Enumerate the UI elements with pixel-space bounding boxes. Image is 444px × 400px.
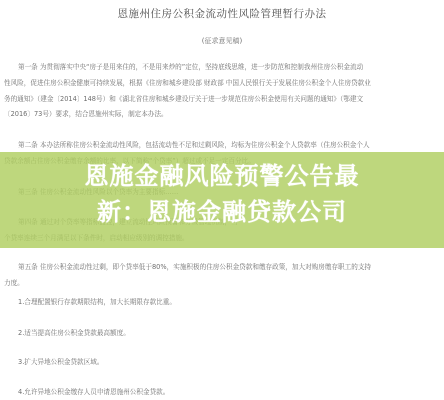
headline-line-2: 新：恩施金融贷款公司 <box>0 194 444 230</box>
list-item-4: 4.允许异地公积金缴存人员申请恩施州公积金贷款。 <box>18 388 169 397</box>
list-item-2: 2.适当提高住房公积金贷款最高额度。 <box>18 329 130 338</box>
list-item-1: 1.合理配置银行存款期限结构，加大长期限存款比重。 <box>18 298 176 307</box>
article-5-line-1: 第五条 住房公积金流动性过剩，即个贷率低于80%，实施积极的住房公积金贷款和缴存… <box>18 263 371 272</box>
document-title: 恩施州住房公积金流动性风险管理暂行办法 <box>0 6 444 21</box>
article-1-line-3: 务的通知》（建金〔2014〕148号）和《湖北省住房和城乡建设厅关于进一步规范住… <box>4 95 363 104</box>
article-5-line-2: 力度。 <box>4 279 24 288</box>
article-1-line-4: 〔2016〕73号）要求，结合恩施州实际，制定本办法。 <box>4 110 168 119</box>
article-1-line-1: 第一条 为贯彻落实中央“房子是用来住的，不是用来炒的”定位，坚持底线思维，进一步… <box>18 63 363 72</box>
article-2-line-1: 第二条 本办法所称住房公积金流动性风险，包括流动性不足和过剩风险，均标为住房公积… <box>18 141 370 150</box>
headline-line-1: 恩施金融风险预警公告最 <box>0 158 444 194</box>
list-item-3: 3.扩大异地公积金贷款区域。 <box>18 358 103 367</box>
headline-text: 恩施金融风险预警公告最 新：恩施金融贷款公司 <box>0 158 444 230</box>
document-subtitle: (征求意见稿) <box>0 36 444 46</box>
article-1-line-2: 性风险，促进住房公积金健康可持续发展，根据《住房和城乡建设部 财政部 中国人民银… <box>4 79 371 88</box>
